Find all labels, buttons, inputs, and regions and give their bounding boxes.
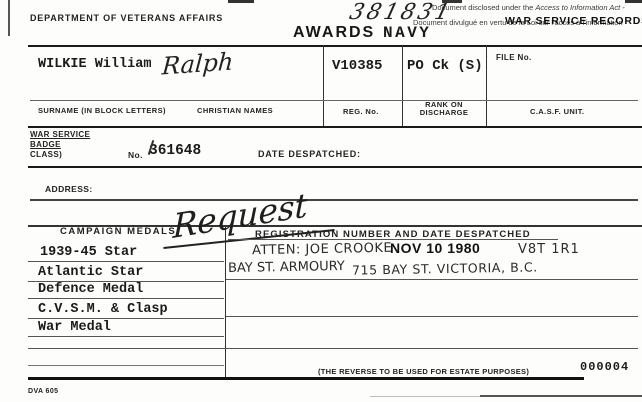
registration-postal-code: V8T 1R1 (518, 242, 580, 257)
reg-no-value: V10385 (332, 58, 382, 74)
rule-registration-row (226, 279, 638, 280)
disclosure-line1-prefix: Document disclosed under the (432, 3, 535, 12)
rule-medal-row (28, 298, 224, 299)
rule-registration-row (28, 348, 638, 349)
scan-edge-mark (228, 0, 254, 3)
card-title-awards: AWARDS (293, 24, 375, 42)
divider-reg-left (323, 45, 324, 126)
document-card: DEPARTMENT OF VETERANS AFFAIRS 381831 Do… (0, 0, 642, 402)
address-label: ADDRESS: (45, 184, 93, 194)
badge-label-line3: CLASS) (30, 150, 62, 159)
divider-rank-left (402, 45, 403, 126)
badge-label-line2: BADGE (30, 140, 61, 149)
divider-medals-registration (225, 225, 226, 377)
date-despatched-label: DATE DESPATCHED: (258, 149, 361, 159)
campaign-medals-header: CAMPAIGN MEDALS (60, 226, 176, 237)
surname-label: SURNAME (IN BLOCK LETTERS) (38, 106, 166, 115)
rule-medal-row (28, 336, 224, 337)
rule-badge-bottom (28, 166, 642, 168)
christian-names-label: CHRISTIAN NAMES (197, 106, 273, 115)
scan-bottom-edge (480, 395, 642, 397)
rule-address-bottom (30, 199, 638, 201)
badge-number: 361648 (149, 143, 201, 159)
casf-unit-label: C.A.S.F. UNIT. (530, 107, 584, 116)
department-title: DEPARTMENT OF VETERANS AFFAIRS (30, 13, 223, 23)
medal-item: Atlantic Star (38, 265, 143, 280)
rule-identity-bottom (28, 126, 642, 128)
rule-medal-row (28, 281, 224, 282)
name-typed: WILKIE William (38, 57, 151, 72)
registration-address-right: 715 BAY ST. VICTORIA, B.C. (352, 259, 538, 277)
scan-bottom-edge-light (370, 396, 480, 397)
registration-attention: ATTEN: JOE CROOKE (252, 241, 392, 258)
rule-medal-row-empty (28, 365, 224, 366)
rule-registration-row (226, 316, 638, 317)
medal-item: Defence Medal (38, 282, 143, 297)
name-handwritten: Ralph (161, 47, 234, 80)
rank-value: PO Ck (S) (407, 58, 483, 74)
rule-under-name (30, 100, 638, 101)
form-number: DVA 605 (28, 388, 58, 395)
file-no-label: FILE No. (496, 53, 532, 62)
disclosure-line1: Document disclosed under the Access to I… (432, 3, 625, 12)
medal-item: 1939-45 Star (40, 245, 137, 260)
scan-edge-mark (625, 0, 642, 3)
medal-item: C.V.S.M. & Clasp (38, 302, 168, 317)
reverse-note: (THE REVERSE TO BE USED FOR ESTATE PURPO… (318, 367, 529, 376)
rule-header-bottom (28, 45, 642, 47)
medal-item: War Medal (38, 320, 111, 335)
card-title-navy: NAVY (383, 24, 431, 42)
badge-no-label: No. (128, 150, 143, 160)
war-service-records-stamp: WAR SERVICE RECORDS (505, 15, 642, 27)
rule-medal-row (28, 261, 224, 262)
scan-edge-mark (8, 0, 10, 36)
date-stamp: NOV 10 1980 (390, 240, 480, 256)
page-number: 000004 (580, 360, 629, 374)
divider-file-left (486, 45, 487, 126)
rule-footer-thick (28, 377, 584, 380)
badge-label-line1: WAR SERVICE (30, 130, 90, 139)
rank-label-line2: DISCHARGE (420, 108, 469, 117)
rule-medal-row (28, 318, 224, 319)
registration-address-left: BAY ST. ARMOURY (228, 259, 345, 276)
rank-label: RANK ON DISCHARGE (404, 101, 484, 117)
reg-no-label: REG. No. (343, 107, 379, 116)
disclosure-line1-act: Access to Information Act - (535, 3, 624, 12)
